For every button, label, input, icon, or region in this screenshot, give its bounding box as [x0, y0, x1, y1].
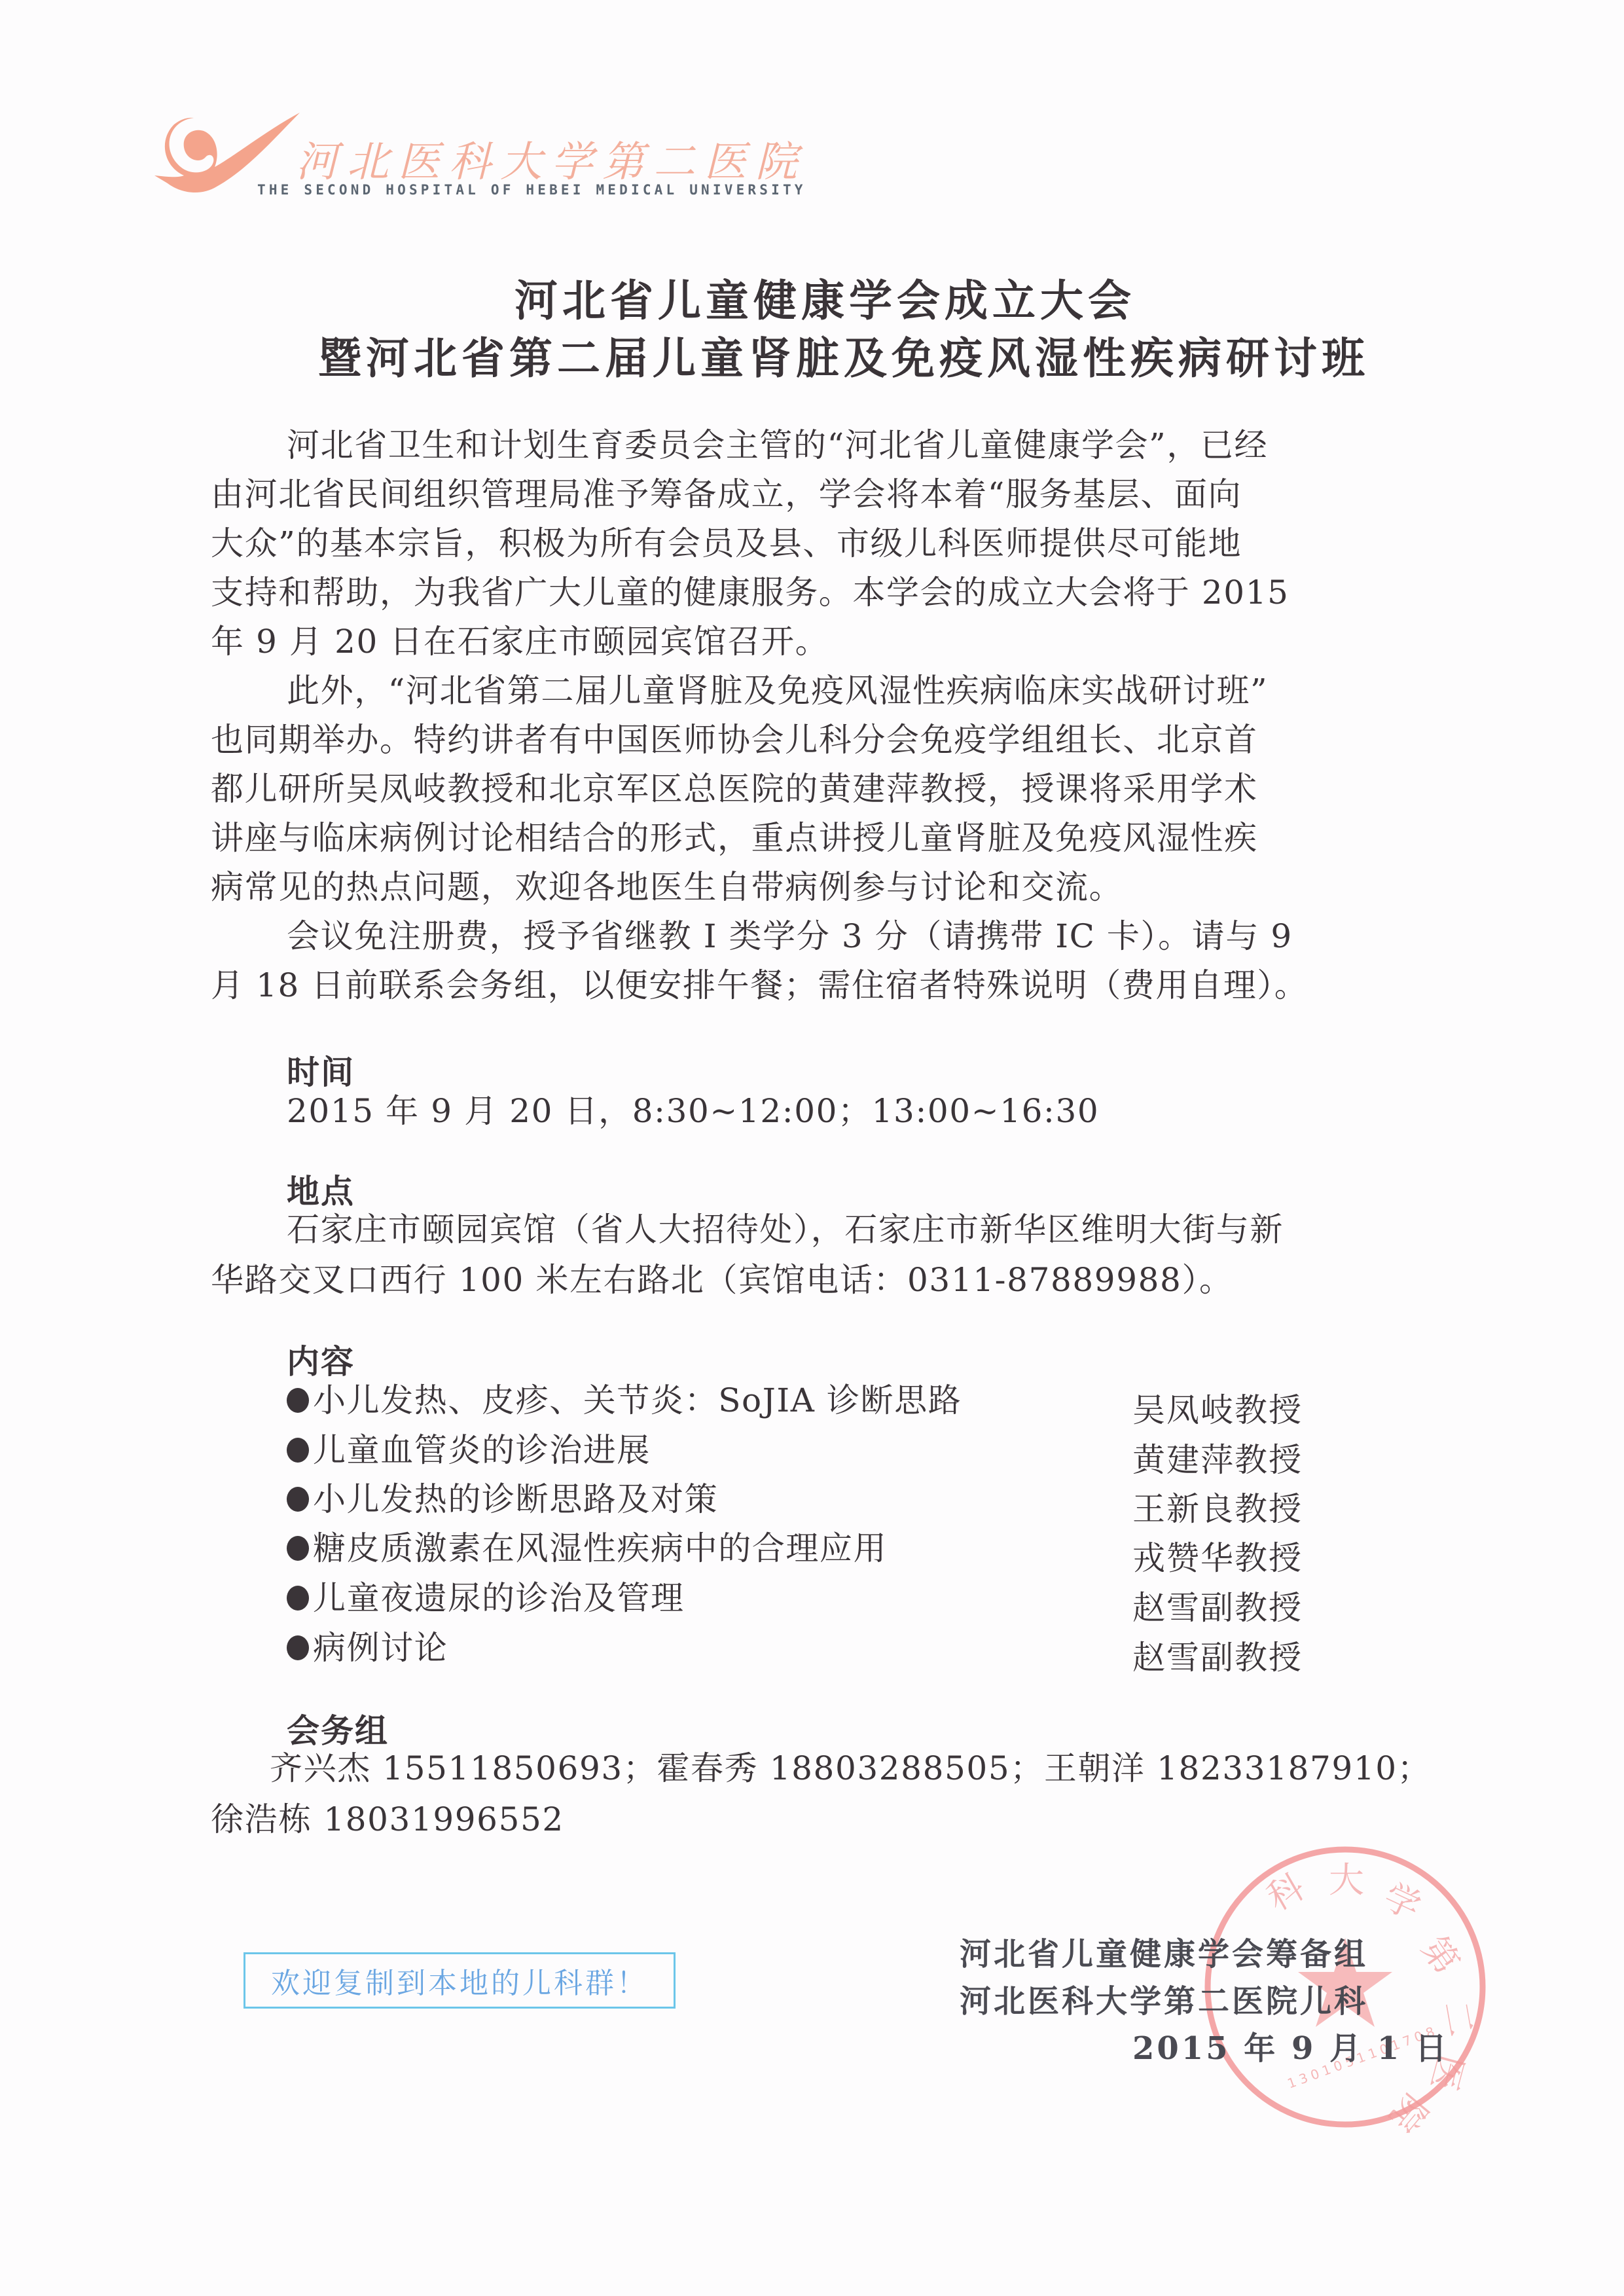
organizers-contacts: 齐兴杰 15511850693；霍春秀 18803288505；王朝洋 1823…	[270, 1752, 1431, 1785]
speaker: 戎赞华教授	[1132, 1532, 1303, 1579]
paragraph-line: 会议免注册费，授予省继教 I 类学分 3 分（请携带 IC 卡）。请与 9	[287, 920, 1293, 953]
bullet-icon	[287, 1388, 309, 1413]
topic: 小儿发热、皮疹、关节炎：SoJIA 诊断思路	[313, 1381, 962, 1419]
speaker: 王新良教授	[1132, 1483, 1303, 1530]
logo-english-name: THE SECOND HOSPITAL OF HEBEI MEDICAL UNI…	[257, 182, 806, 198]
speaker: 赵雪副教授	[1132, 1631, 1303, 1679]
paragraph-line: 都儿研所吴凤岐教授和北京军区总医院的黄建萍教授，授课将采用学术	[211, 773, 1258, 805]
list-item: 小儿发热的诊断思路及对策	[287, 1483, 718, 1516]
list-item: 小儿发热、皮疹、关节炎：SoJIA 诊断思路	[287, 1384, 962, 1417]
copy-notice: 欢迎复制到本地的儿科群！	[271, 1959, 648, 2001]
paragraph-line: 年 9 月 20 日在石家庄市颐园宾馆召开。	[211, 625, 829, 658]
speaker: 吴凤岐教授	[1132, 1384, 1303, 1431]
paragraph-line: 也同期举办。特约讲者有中国医师协会儿科分会免疫学组组长、北京首	[211, 723, 1258, 756]
svg-text:学: 学	[1378, 1876, 1428, 1928]
topic: 病例讨论	[313, 1629, 448, 1667]
topic: 儿童血管炎的诊治进展	[313, 1431, 651, 1469]
paragraph-line: 病常见的热点问题，欢迎各地医生自带病例参与讨论和交流。	[211, 871, 1123, 903]
copy-notice-box: 欢迎复制到本地的儿科群！	[244, 1952, 676, 2009]
bullet-icon	[287, 1438, 309, 1463]
time-heading: 时间	[287, 1046, 355, 1093]
topic: 小儿发热的诊断思路及对策	[313, 1480, 718, 1518]
list-item: 病例讨论	[287, 1631, 448, 1664]
topic: 儿童夜遗尿的诊治及管理	[313, 1579, 685, 1617]
speaker: 赵雪副教授	[1132, 1582, 1303, 1629]
signature-date: 2015 年 9 月 1 日	[1132, 2023, 1449, 2068]
paragraph-line: 讲座与临床病例讨论相结合的形式，重点讲授儿童肾脏及免疫风湿性疾	[211, 822, 1258, 854]
location-line: 石家庄市颐园宾馆（省人大招待处），石家庄市新华区维明大街与新	[287, 1213, 1284, 1246]
content-heading: 内容	[287, 1336, 355, 1383]
signature-org1: 河北省儿童健康学会筹备组	[960, 1929, 1368, 1974]
location-heading: 地点	[287, 1165, 355, 1212]
paragraph-line: 支持和帮助，为我省广大儿童的健康服务。本学会的成立大会将于 2015	[211, 576, 1290, 609]
list-item: 儿童夜遗尿的诊治及管理	[287, 1582, 685, 1614]
list-item: 糖皮质激素在风湿性疾病中的合理应用	[287, 1532, 887, 1565]
time-value: 2015 年 9 月 20 日，8:30~12:00；13:00~16:30	[287, 1095, 1099, 1127]
logo-chinese-name: 河北医科大学第二医院	[296, 128, 806, 189]
paragraph-line: 河北省卫生和计划生育委员会主管的“河北省儿童健康学会”，已经	[287, 429, 1268, 462]
bullet-icon	[287, 1635, 309, 1660]
bullet-icon	[287, 1536, 309, 1561]
organizers-contacts: 徐浩栋 18031996552	[211, 1803, 564, 1836]
paragraph-line: 月 18 日前联系会务组，以便安排午餐；需住宿者特殊说明（费用自理）。	[211, 969, 1308, 1002]
organizers-heading: 会务组	[287, 1705, 389, 1752]
bullet-icon	[287, 1586, 309, 1611]
paragraph-line: 大众”的基本宗旨，积极为所有会员及县、市级儿科医师提供尽可能地	[211, 527, 1242, 560]
bullet-icon	[287, 1487, 309, 1512]
paragraph-line: 此外，“河北省第二届儿童肾脏及免疫风湿性疾病临床实战研讨班”	[287, 674, 1268, 707]
list-item: 儿童血管炎的诊治进展	[287, 1434, 651, 1467]
page-title-line1: 河北省儿童健康学会成立大会	[514, 266, 1136, 328]
page-title-line2: 暨河北省第二届儿童肾脏及免疫风湿性疾病研讨班	[318, 323, 1369, 386]
paragraph-line: 由河北省民间组织管理局准予筹备成立，学会将本着“服务基层、面向	[211, 478, 1242, 511]
topic: 糖皮质激素在风湿性疾病中的合理应用	[313, 1529, 887, 1567]
speaker: 黄建萍教授	[1132, 1434, 1303, 1481]
svg-text:大: 大	[1329, 1859, 1364, 1901]
svg-text:第: 第	[1413, 1929, 1468, 1981]
location-line: 华路交叉口西行 100 米左右路北（宾馆电话：0311-87889988）。	[211, 1264, 1233, 1296]
signature-org2: 河北医科大学第二医院儿科	[960, 1976, 1368, 2021]
